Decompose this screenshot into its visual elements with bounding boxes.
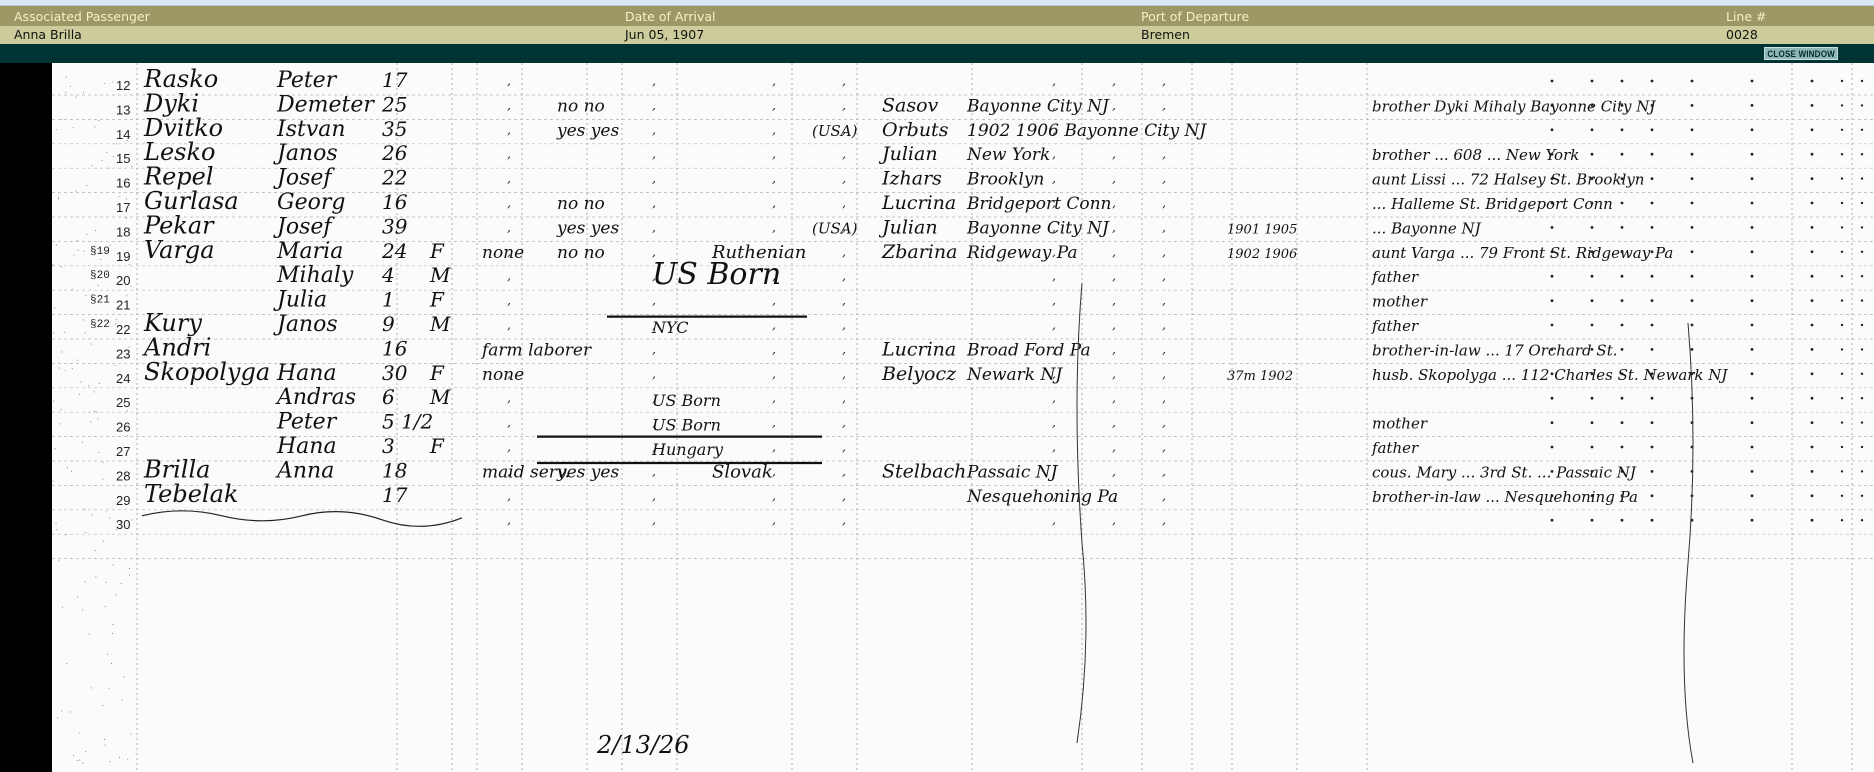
- svg-text:‚: ‚: [652, 172, 656, 186]
- port-of-departure-label: Port of Departure: [1141, 8, 1249, 26]
- svg-text:‚: ‚: [842, 172, 846, 186]
- svg-text:‚: ‚: [842, 123, 846, 137]
- svg-text:‚: ‚: [1162, 513, 1166, 527]
- svg-text:‚: ‚: [507, 98, 511, 112]
- svg-text:4: 4: [381, 263, 395, 287]
- svg-text:Slovak: Slovak: [712, 461, 773, 482]
- svg-text:17: 17: [116, 200, 130, 215]
- svg-text:brother ... 608 ... New York: brother ... 608 ... New York: [1372, 146, 1579, 164]
- svg-text:29: 29: [116, 493, 130, 508]
- svg-text:‚: ‚: [652, 489, 656, 503]
- svg-text:‚: ‚: [772, 147, 776, 161]
- svg-text:M: M: [429, 263, 451, 287]
- svg-text:‚: ‚: [1112, 367, 1116, 381]
- svg-text:‚: ‚: [772, 294, 776, 308]
- svg-text:‚: ‚: [1052, 391, 1056, 405]
- svg-text:none: none: [482, 243, 524, 263]
- svg-text:‚: ‚: [1112, 172, 1116, 186]
- svg-text:39: 39: [382, 214, 408, 238]
- svg-text:Julian: Julian: [878, 143, 938, 165]
- svg-text:1: 1: [382, 288, 395, 312]
- svg-text:‚: ‚: [1052, 440, 1056, 454]
- svg-text:23: 23: [116, 346, 130, 361]
- svg-text:Belyocz: Belyocz: [881, 363, 957, 385]
- svg-text:27: 27: [116, 444, 130, 459]
- svg-text:‚: ‚: [652, 391, 656, 405]
- svg-text:no no: no no: [557, 243, 605, 263]
- svg-text:‚: ‚: [507, 294, 511, 308]
- svg-text:Skopolyga: Skopolyga: [144, 358, 270, 386]
- svg-text:2/13/26: 2/13/26: [596, 731, 690, 759]
- svg-text:‚: ‚: [652, 416, 656, 430]
- svg-text:‚: ‚: [842, 513, 846, 527]
- svg-text:‚: ‚: [1162, 391, 1166, 405]
- svg-text:‚: ‚: [652, 74, 656, 88]
- svg-text:Hana: Hana: [276, 434, 337, 459]
- svg-text:mother: mother: [1372, 293, 1428, 311]
- svg-text:‚: ‚: [1052, 513, 1056, 527]
- svg-text:Bayonne City NJ: Bayonne City NJ: [966, 96, 1110, 116]
- svg-text:‚: ‚: [1112, 318, 1116, 332]
- svg-text:‚: ‚: [842, 196, 846, 210]
- svg-text:Stelbach: Stelbach: [882, 460, 966, 482]
- svg-text:Broad Ford Pa: Broad Ford Pa: [966, 340, 1091, 360]
- svg-text:‚: ‚: [1052, 489, 1056, 503]
- svg-text:‚: ‚: [1112, 74, 1116, 88]
- svg-text:‚: ‚: [1112, 342, 1116, 356]
- svg-text:no no: no no: [557, 194, 605, 214]
- svg-text:‚: ‚: [1112, 294, 1116, 308]
- svg-text:1901 1905: 1901 1905: [1227, 222, 1297, 237]
- date-of-arrival-value: Jun 05, 1907: [625, 26, 704, 44]
- svg-text:none: none: [482, 365, 524, 385]
- svg-text:Ridgeway Pa: Ridgeway Pa: [966, 243, 1078, 263]
- svg-text:1902 1906 Bayonne City NJ: 1902 1906 Bayonne City NJ: [967, 121, 1207, 141]
- svg-text:brother-in-law ... Nesquehonin: brother-in-law ... Nesquehoning Pa: [1372, 488, 1638, 506]
- svg-text:father: father: [1371, 439, 1419, 457]
- svg-text:‚: ‚: [1112, 98, 1116, 112]
- svg-text:Anna: Anna: [275, 458, 334, 483]
- svg-text:‚: ‚: [1112, 220, 1116, 234]
- svg-text:‚: ‚: [1162, 489, 1166, 503]
- svg-text:Lucrina: Lucrina: [881, 192, 956, 214]
- svg-text:‚: ‚: [1052, 342, 1056, 356]
- svg-text:‚: ‚: [1162, 269, 1166, 283]
- svg-text:‚: ‚: [1112, 440, 1116, 454]
- svg-text:18: 18: [382, 458, 407, 482]
- manifest-image-viewer[interactable]: 12RaskoPeter17‚‚‚‚‚‚‚13DykiDemeter25no n…: [0, 63, 1874, 772]
- manifest-page-scan: 12RaskoPeter17‚‚‚‚‚‚‚13DykiDemeter25no n…: [52, 63, 1874, 772]
- svg-text:‚: ‚: [772, 489, 776, 503]
- svg-text:6: 6: [382, 385, 395, 409]
- svg-text:37m 1902: 37m 1902: [1227, 369, 1293, 384]
- svg-text:Mihaly: Mihaly: [276, 263, 354, 288]
- svg-text:‚: ‚: [1052, 172, 1056, 186]
- svg-text:‚: ‚: [1162, 74, 1166, 88]
- svg-text:‚: ‚: [1162, 123, 1166, 137]
- svg-text:husb. Skopolyga ... 112 Charle: husb. Skopolyga ... 112 Charles St. Newa…: [1372, 366, 1728, 384]
- svg-text:Julian: Julian: [878, 216, 938, 238]
- svg-text:Bridgeport Conn: Bridgeport Conn: [966, 194, 1112, 214]
- svg-text:‚: ‚: [507, 513, 511, 527]
- svg-text:‚: ‚: [772, 172, 776, 186]
- svg-text:yes yes: yes yes: [556, 218, 619, 238]
- svg-text:Lucrina: Lucrina: [881, 338, 956, 360]
- svg-text:‚: ‚: [1052, 123, 1056, 137]
- svg-text:Newark NJ: Newark NJ: [966, 365, 1063, 385]
- svg-text:16: 16: [382, 190, 408, 214]
- svg-text:‚: ‚: [507, 220, 511, 234]
- svg-text:30: 30: [116, 517, 130, 532]
- svg-text:‚: ‚: [1162, 318, 1166, 332]
- svg-text:‚: ‚: [507, 391, 511, 405]
- svg-text:M: M: [429, 312, 451, 336]
- svg-text:‚: ‚: [1052, 220, 1056, 234]
- svg-text:16: 16: [116, 176, 130, 191]
- svg-text:‚: ‚: [1162, 464, 1166, 478]
- svg-text:Demeter: Demeter: [276, 92, 375, 117]
- svg-text:‚: ‚: [842, 74, 846, 88]
- svg-text:§21: §21: [90, 295, 110, 307]
- svg-text:‚: ‚: [772, 98, 776, 112]
- svg-text:‚: ‚: [772, 416, 776, 430]
- svg-text:Hungary: Hungary: [651, 440, 724, 459]
- svg-text:‚: ‚: [1052, 464, 1056, 478]
- svg-text:Andras: Andras: [275, 385, 356, 410]
- svg-text:cous. Mary ... 3rd St. ... Pas: cous. Mary ... 3rd St. ... Passaic NJ: [1372, 463, 1637, 481]
- svg-text:‚: ‚: [1112, 245, 1116, 259]
- toolbar-band: CLOSE WINDOW: [0, 44, 1874, 63]
- line-number-value: 0028: [1726, 26, 1758, 44]
- svg-text:US Born: US Born: [652, 391, 721, 410]
- svg-text:‚: ‚: [1052, 147, 1056, 161]
- svg-text:F: F: [429, 288, 445, 312]
- svg-text:‚: ‚: [1112, 391, 1116, 405]
- svg-text:‚: ‚: [842, 294, 846, 308]
- svg-text:‚: ‚: [652, 196, 656, 210]
- svg-text:‚: ‚: [842, 342, 846, 356]
- svg-text:‚: ‚: [772, 74, 776, 88]
- svg-text:‚: ‚: [1112, 489, 1116, 503]
- svg-text:28: 28: [116, 468, 130, 483]
- svg-text:‚: ‚: [1052, 416, 1056, 430]
- svg-text:‚: ‚: [652, 367, 656, 381]
- svg-text:Passaic NJ: Passaic NJ: [966, 462, 1059, 482]
- svg-text:New York: New York: [966, 145, 1050, 165]
- svg-text:‚: ‚: [507, 123, 511, 137]
- svg-text:‚: ‚: [842, 147, 846, 161]
- svg-text:no no: no no: [557, 96, 605, 116]
- svg-text:30: 30: [382, 361, 408, 385]
- svg-text:Maria: Maria: [276, 239, 343, 264]
- svg-text:15: 15: [116, 151, 130, 166]
- svg-text:‚: ‚: [1162, 294, 1166, 308]
- svg-text:20: 20: [116, 273, 130, 288]
- svg-text:‚: ‚: [842, 391, 846, 405]
- svg-text:Sasov: Sasov: [882, 94, 939, 116]
- associated-passenger-value: Anna Brilla: [14, 26, 82, 44]
- svg-text:19: 19: [116, 249, 130, 264]
- svg-text:18: 18: [116, 224, 130, 239]
- svg-text:‚: ‚: [1112, 196, 1116, 210]
- svg-text:‚: ‚: [652, 123, 656, 137]
- svg-text:‚: ‚: [842, 220, 846, 234]
- svg-text:17: 17: [382, 68, 408, 92]
- svg-text:‚: ‚: [1112, 464, 1116, 478]
- svg-text:father: father: [1371, 268, 1419, 286]
- svg-text:‚: ‚: [1162, 416, 1166, 430]
- svg-text:father: father: [1371, 317, 1419, 335]
- svg-text:Orbuts: Orbuts: [882, 119, 949, 141]
- svg-text:Izhars: Izhars: [881, 168, 942, 190]
- date-of-arrival-label: Date of Arrival: [625, 8, 716, 26]
- svg-text:‚: ‚: [507, 489, 511, 503]
- svg-text:Nesquehoning Pa: Nesquehoning Pa: [966, 487, 1118, 507]
- svg-text:‚: ‚: [772, 318, 776, 332]
- svg-text:‚: ‚: [652, 342, 656, 356]
- svg-text:‚: ‚: [652, 464, 656, 478]
- svg-text:farm laborer: farm laborer: [480, 340, 592, 360]
- svg-text:§22: §22: [90, 319, 110, 331]
- svg-text:US Born: US Born: [652, 416, 721, 435]
- svg-text:‚: ‚: [772, 513, 776, 527]
- svg-text:‚: ‚: [507, 245, 511, 259]
- svg-text:1902 1906: 1902 1906: [1227, 247, 1297, 262]
- svg-text:17: 17: [382, 483, 408, 507]
- svg-text:‚: ‚: [507, 318, 511, 332]
- manifest-drawing: 12RaskoPeter17‚‚‚‚‚‚‚13DykiDemeter25no n…: [52, 63, 1874, 772]
- svg-text:Janos: Janos: [273, 141, 338, 166]
- svg-text:... Bayonne NJ: ... Bayonne NJ: [1372, 219, 1482, 237]
- svg-text:‚: ‚: [507, 367, 511, 381]
- svg-text:‚: ‚: [1162, 245, 1166, 259]
- svg-text:‚: ‚: [1052, 245, 1056, 259]
- svg-text:‚: ‚: [842, 464, 846, 478]
- svg-text:F: F: [429, 434, 445, 458]
- svg-text:‚: ‚: [1162, 440, 1166, 454]
- svg-text:‚: ‚: [1162, 220, 1166, 234]
- svg-text:26: 26: [381, 141, 408, 165]
- svg-text:24: 24: [381, 239, 407, 263]
- svg-text:‚: ‚: [1112, 123, 1116, 137]
- svg-text:brother Dyki Mihaly Bayonne Ci: brother Dyki Mihaly Bayonne City NJ: [1372, 97, 1656, 115]
- svg-text:Bayonne City NJ: Bayonne City NJ: [966, 218, 1110, 238]
- svg-text:‚: ‚: [507, 342, 511, 356]
- svg-text:‚: ‚: [507, 196, 511, 210]
- svg-text:Peter: Peter: [276, 410, 338, 435]
- svg-text:NYC: NYC: [651, 318, 689, 337]
- svg-text:‚: ‚: [772, 342, 776, 356]
- svg-text:26: 26: [116, 420, 130, 435]
- svg-text:‚: ‚: [1052, 74, 1056, 88]
- svg-text:‚: ‚: [842, 367, 846, 381]
- svg-text:‚: ‚: [842, 489, 846, 503]
- svg-text:35: 35: [382, 117, 407, 141]
- svg-text:25: 25: [381, 92, 407, 116]
- port-of-departure-value: Bremen: [1141, 26, 1190, 44]
- associated-passenger-label: Associated Passenger: [14, 8, 150, 26]
- svg-text:‚: ‚: [1112, 513, 1116, 527]
- svg-text:13: 13: [116, 102, 130, 117]
- svg-text:F: F: [429, 361, 445, 385]
- svg-text:‚: ‚: [507, 440, 511, 454]
- svg-text:Georg: Georg: [277, 190, 345, 215]
- svg-text:Janos: Janos: [273, 312, 338, 337]
- svg-text:24: 24: [116, 371, 130, 386]
- svg-text:‚: ‚: [842, 440, 846, 454]
- svg-text:‚: ‚: [772, 196, 776, 210]
- svg-text:‚: ‚: [507, 172, 511, 186]
- svg-text:22: 22: [116, 322, 130, 337]
- svg-text:(USA): (USA): [812, 219, 858, 237]
- svg-text:‚: ‚: [842, 245, 846, 259]
- svg-text:Hana: Hana: [276, 361, 337, 386]
- svg-text:F: F: [429, 239, 445, 263]
- svg-text:(USA): (USA): [812, 122, 858, 140]
- svg-text:21: 21: [116, 298, 130, 313]
- svg-text:aunt Lissi ... 72 Halsey St. B: aunt Lissi ... 72 Halsey St. Brooklyn: [1372, 171, 1644, 189]
- svg-text:‚: ‚: [772, 367, 776, 381]
- svg-text:25: 25: [116, 395, 130, 410]
- svg-text:‚: ‚: [652, 318, 656, 332]
- svg-text:‚: ‚: [1112, 269, 1116, 283]
- close-window-button[interactable]: CLOSE WINDOW: [1764, 47, 1838, 60]
- svg-text:‚: ‚: [1162, 367, 1166, 381]
- svg-text:M: M: [429, 385, 451, 409]
- svg-text:‚: ‚: [1162, 147, 1166, 161]
- svg-text:16: 16: [382, 336, 408, 360]
- svg-text:Tebelak: Tebelak: [144, 480, 238, 508]
- svg-text:‚: ‚: [842, 416, 846, 430]
- svg-text:Josef: Josef: [273, 166, 335, 191]
- svg-text:US Born: US Born: [652, 257, 781, 292]
- svg-text:‚: ‚: [652, 220, 656, 234]
- svg-text:yes yes: yes yes: [556, 462, 619, 482]
- svg-text:‚: ‚: [652, 294, 656, 308]
- svg-text:Varga: Varga: [144, 236, 215, 264]
- svg-text:‚: ‚: [652, 98, 656, 112]
- svg-text:Brooklyn: Brooklyn: [966, 170, 1044, 190]
- svg-text:Josef: Josef: [273, 214, 335, 239]
- svg-text:12: 12: [116, 78, 130, 93]
- svg-text:‚: ‚: [1052, 196, 1056, 210]
- svg-text:‚: ‚: [772, 269, 776, 283]
- svg-text:‚: ‚: [1162, 172, 1166, 186]
- svg-text:§20: §20: [90, 270, 110, 282]
- svg-text:Peter: Peter: [276, 68, 338, 93]
- svg-text:Julia: Julia: [273, 288, 327, 313]
- svg-text:‚: ‚: [772, 123, 776, 137]
- svg-text:‚: ‚: [1112, 416, 1116, 430]
- svg-text:‚: ‚: [507, 74, 511, 88]
- svg-text:§19: §19: [90, 246, 110, 258]
- svg-text:‚: ‚: [507, 147, 511, 161]
- svg-text:‚: ‚: [772, 440, 776, 454]
- svg-text:5 1/2: 5 1/2: [382, 410, 433, 434]
- svg-text:Istvan: Istvan: [276, 117, 346, 142]
- svg-text:Zbarina: Zbarina: [881, 241, 957, 263]
- svg-text:‚: ‚: [1162, 196, 1166, 210]
- svg-text:‚: ‚: [1112, 147, 1116, 161]
- svg-text:‚: ‚: [507, 416, 511, 430]
- svg-text:‚: ‚: [1052, 367, 1056, 381]
- svg-text:‚: ‚: [652, 513, 656, 527]
- svg-text:yes yes: yes yes: [556, 121, 619, 141]
- record-header-values: Anna Brilla Jun 05, 1907 Bremen 0028: [0, 26, 1874, 44]
- svg-text:‚: ‚: [1162, 342, 1166, 356]
- svg-text:‚: ‚: [507, 464, 511, 478]
- svg-text:‚: ‚: [772, 391, 776, 405]
- svg-text:22: 22: [381, 166, 407, 190]
- svg-text:‚: ‚: [652, 269, 656, 283]
- svg-text:‚: ‚: [1052, 318, 1056, 332]
- svg-text:‚: ‚: [772, 220, 776, 234]
- svg-text:‚: ‚: [842, 98, 846, 112]
- svg-text:‚: ‚: [1162, 98, 1166, 112]
- svg-text:mother: mother: [1372, 415, 1428, 433]
- svg-text:9: 9: [382, 312, 395, 336]
- line-number-label: Line #: [1726, 8, 1767, 26]
- svg-text:‚: ‚: [842, 269, 846, 283]
- svg-text:aunt Varga ... 79 Front St. Ri: aunt Varga ... 79 Front St. Ridgeway Pa: [1372, 244, 1673, 262]
- svg-text:‚: ‚: [1052, 294, 1056, 308]
- svg-text:‚: ‚: [842, 318, 846, 332]
- svg-text:14: 14: [116, 127, 130, 142]
- svg-text:3: 3: [382, 434, 395, 458]
- svg-text:... Halleme St. Bridgeport Con: ... Halleme St. Bridgeport Conn: [1372, 195, 1613, 213]
- svg-text:‚: ‚: [1052, 269, 1056, 283]
- svg-text:‚: ‚: [1052, 98, 1056, 112]
- svg-text:‚: ‚: [652, 440, 656, 454]
- record-header-labels: Associated Passenger Date of Arrival Por…: [0, 6, 1874, 26]
- svg-text:brother-in-law ... 17 Orchard: brother-in-law ... 17 Orchard St.: [1372, 341, 1618, 359]
- svg-text:‚: ‚: [507, 269, 511, 283]
- svg-text:‚: ‚: [772, 464, 776, 478]
- svg-text:‚: ‚: [652, 147, 656, 161]
